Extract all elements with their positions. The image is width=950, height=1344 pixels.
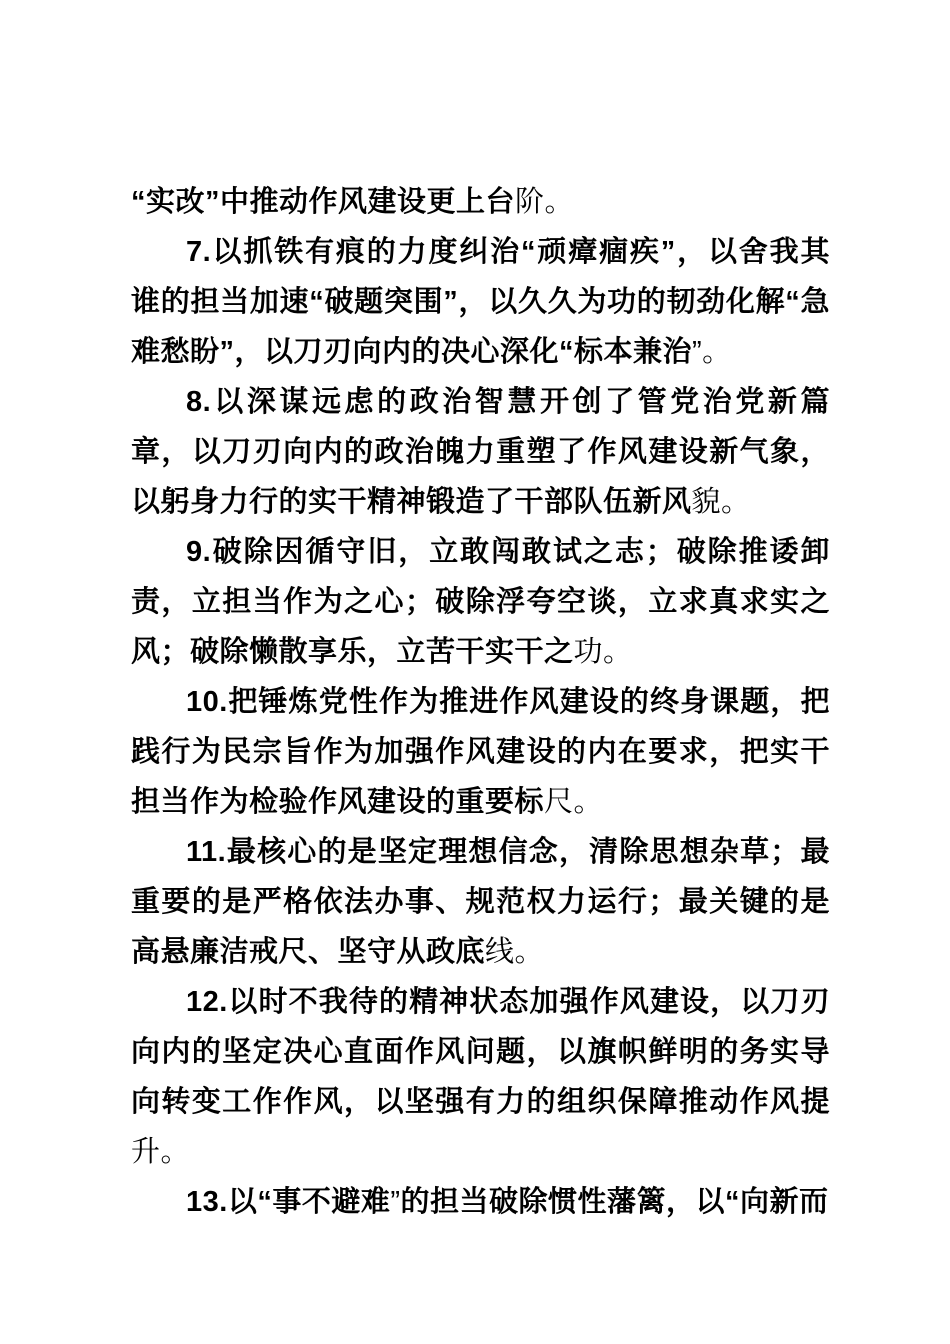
text-run: 12.以时不我待的精神状态加强作风建设，以刀刃向内的坚定决心直面作风问题，以旗帜… [131, 986, 830, 1118]
paragraph: 9.破除因循守旧，立敢闯敢试之志；破除推诿卸责，立担当作为之心；破除浮夸空谈，立… [131, 527, 830, 677]
document-screenshot: { "page": { "background_color": "#ffffff… [0, 0, 950, 1344]
text-run: “实改”中推动作风建设更上台 [131, 186, 515, 218]
text-run: ”。 [692, 336, 732, 368]
text-run: ” [390, 1186, 400, 1218]
text-run: 9.破除因循守旧，立敢闯敢试之志；破除推诿卸责，立担当作为之心；破除浮夸空谈，立… [131, 536, 830, 668]
document-body: “实改”中推动作风建设更上台阶。7.以抓铁有痕的力度纠治“顽瘴痼疾”，以舍我其谁… [131, 177, 830, 1227]
text-run: 13.以“事不避难 [186, 1186, 390, 1218]
text-run: 10.把锤炼党性作为推进作风建设的终身课题，把践行为民宗旨作为加强作风建设的内在… [131, 686, 830, 818]
paragraph: 12.以时不我待的精神状态加强作风建设，以刀刃向内的坚定决心直面作风问题，以旗帜… [131, 977, 830, 1177]
text-run: 线。 [485, 936, 544, 968]
text-run: 功。 [574, 636, 633, 668]
text-run: 尺。 [544, 786, 603, 818]
paragraph: 10.把锤炼党性作为推进作风建设的终身课题，把践行为民宗旨作为加强作风建设的内在… [131, 677, 830, 827]
text-run: 阶。 [515, 186, 574, 218]
paragraph: 11.最核心的是坚定理想信念，清除思想杂草；最重要的是严格依法办事、规范权力运行… [131, 827, 830, 977]
paragraph: “实改”中推动作风建设更上台阶。 [131, 177, 830, 227]
text-run: 11.最核心的是坚定理想信念，清除思想杂草；最重要的是严格依法办事、规范权力运行… [131, 836, 830, 968]
text-run: 升。 [131, 1136, 190, 1168]
paragraph: 7.以抓铁有痕的力度纠治“顽瘴痼疾”，以舍我其谁的担当加速“破题突围”，以久久为… [131, 227, 830, 377]
document-page: “实改”中推动作风建设更上台阶。7.以抓铁有痕的力度纠治“顽瘴痼疾”，以舍我其谁… [0, 0, 950, 1344]
text-run: 的担当破除惯性藩篱，以“向新而 [401, 1186, 829, 1218]
paragraph: 13.以“事不避难”的担当破除惯性藩篱，以“向新而 [131, 1177, 830, 1227]
paragraph: 8.以深谋远虑的政治智慧开创了管党治党新篇章，以刀刃向内的政治魄力重塑了作风建设… [131, 377, 830, 527]
text-run: 貌。 [692, 486, 751, 518]
